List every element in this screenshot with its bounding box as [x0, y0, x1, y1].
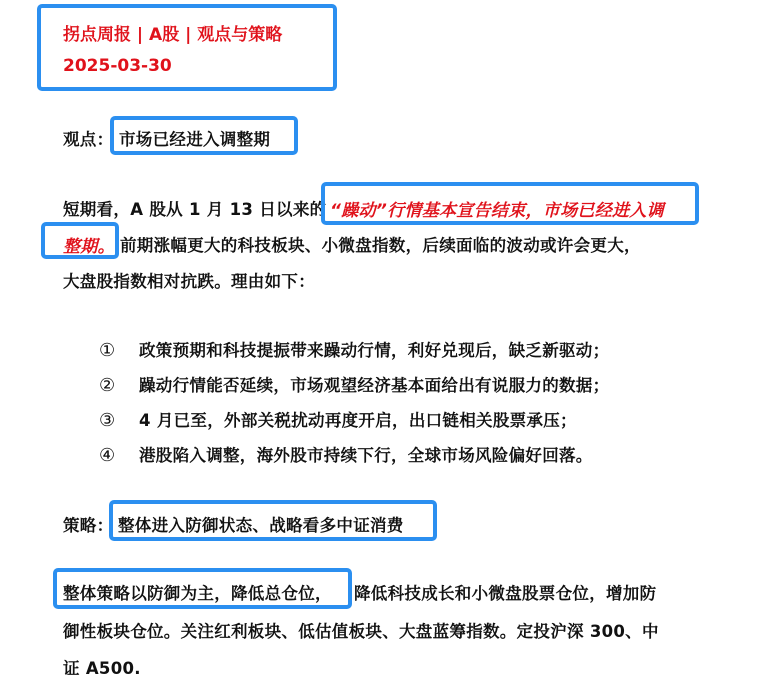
reason-text-3: 4 月已至，外部关税扰动再度开启，出口链相关股票承压； [139, 411, 577, 430]
reason-text-1: 政策预期和科技提振带来躁动行情，利好兑现后，缺乏新驱动； [139, 341, 609, 360]
reason-item-2: ②躁动行情能否延续，市场观望经济基本面给出有说服力的数据； [99, 372, 609, 396]
reason-item-3: ③4 月已至，外部关税扰动再度开启，出口链相关股票承压； [99, 407, 577, 431]
analysis-line3: 大盘股指数相对抗跌。理由如下： [63, 268, 315, 292]
header-highlight-box [37, 4, 337, 91]
reason-text-2: 躁动行情能否延续，市场观望经济基本面给出有说服力的数据； [139, 376, 609, 395]
reason-marker-3: ③ [99, 410, 139, 431]
analysis-highlight-text-2: 整期。 [63, 232, 115, 257]
view-value: 市场已经进入调整期 [119, 126, 270, 150]
reason-marker-4: ④ [99, 445, 139, 466]
reason-item-1: ①政策预期和科技提振带来躁动行情，利好兑现后，缺乏新驱动； [99, 337, 609, 361]
strategy-value: 整体进入防御状态、战略看多中证消费 [118, 512, 404, 536]
report-date: 2025-03-30 [63, 56, 172, 76]
analysis-line1-prefix: 短期看，A 股从 1 月 13 日以来的 [63, 196, 326, 220]
reason-marker-1: ① [99, 340, 139, 361]
analysis-highlight-text-1: “躁动”行情基本宣告结束，市场已经进入调 [330, 196, 664, 221]
analysis-line2: 前期涨幅更大的科技板块、小微盘指数，后续面临的波动或许会更大， [120, 232, 641, 256]
strategy-body-line3: 证 A500. [63, 655, 141, 679]
strategy-label: 策略： [63, 512, 113, 536]
reason-marker-2: ② [99, 375, 139, 396]
reason-text-4: 港股陷入调整，海外股市持续下行，全球市场风险偏好回落。 [139, 446, 593, 465]
strategy-body-line1: 降低科技成长和小微盘股票仓位，增加防 [354, 580, 656, 604]
view-label: 观点： [63, 126, 113, 150]
report-title: 拐点周报 | A股 | 观点与策略 [63, 20, 282, 45]
reason-item-4: ④港股陷入调整，海外股市持续下行，全球市场风险偏好回落。 [99, 442, 593, 466]
strategy-body-highlight: 整体策略以防御为主，降低总仓位， [63, 580, 332, 604]
strategy-body-line2: 御性板块仓位。关注红利板块、低估值板块、大盘蓝筹指数。定投沪深 300、中 [63, 618, 659, 642]
